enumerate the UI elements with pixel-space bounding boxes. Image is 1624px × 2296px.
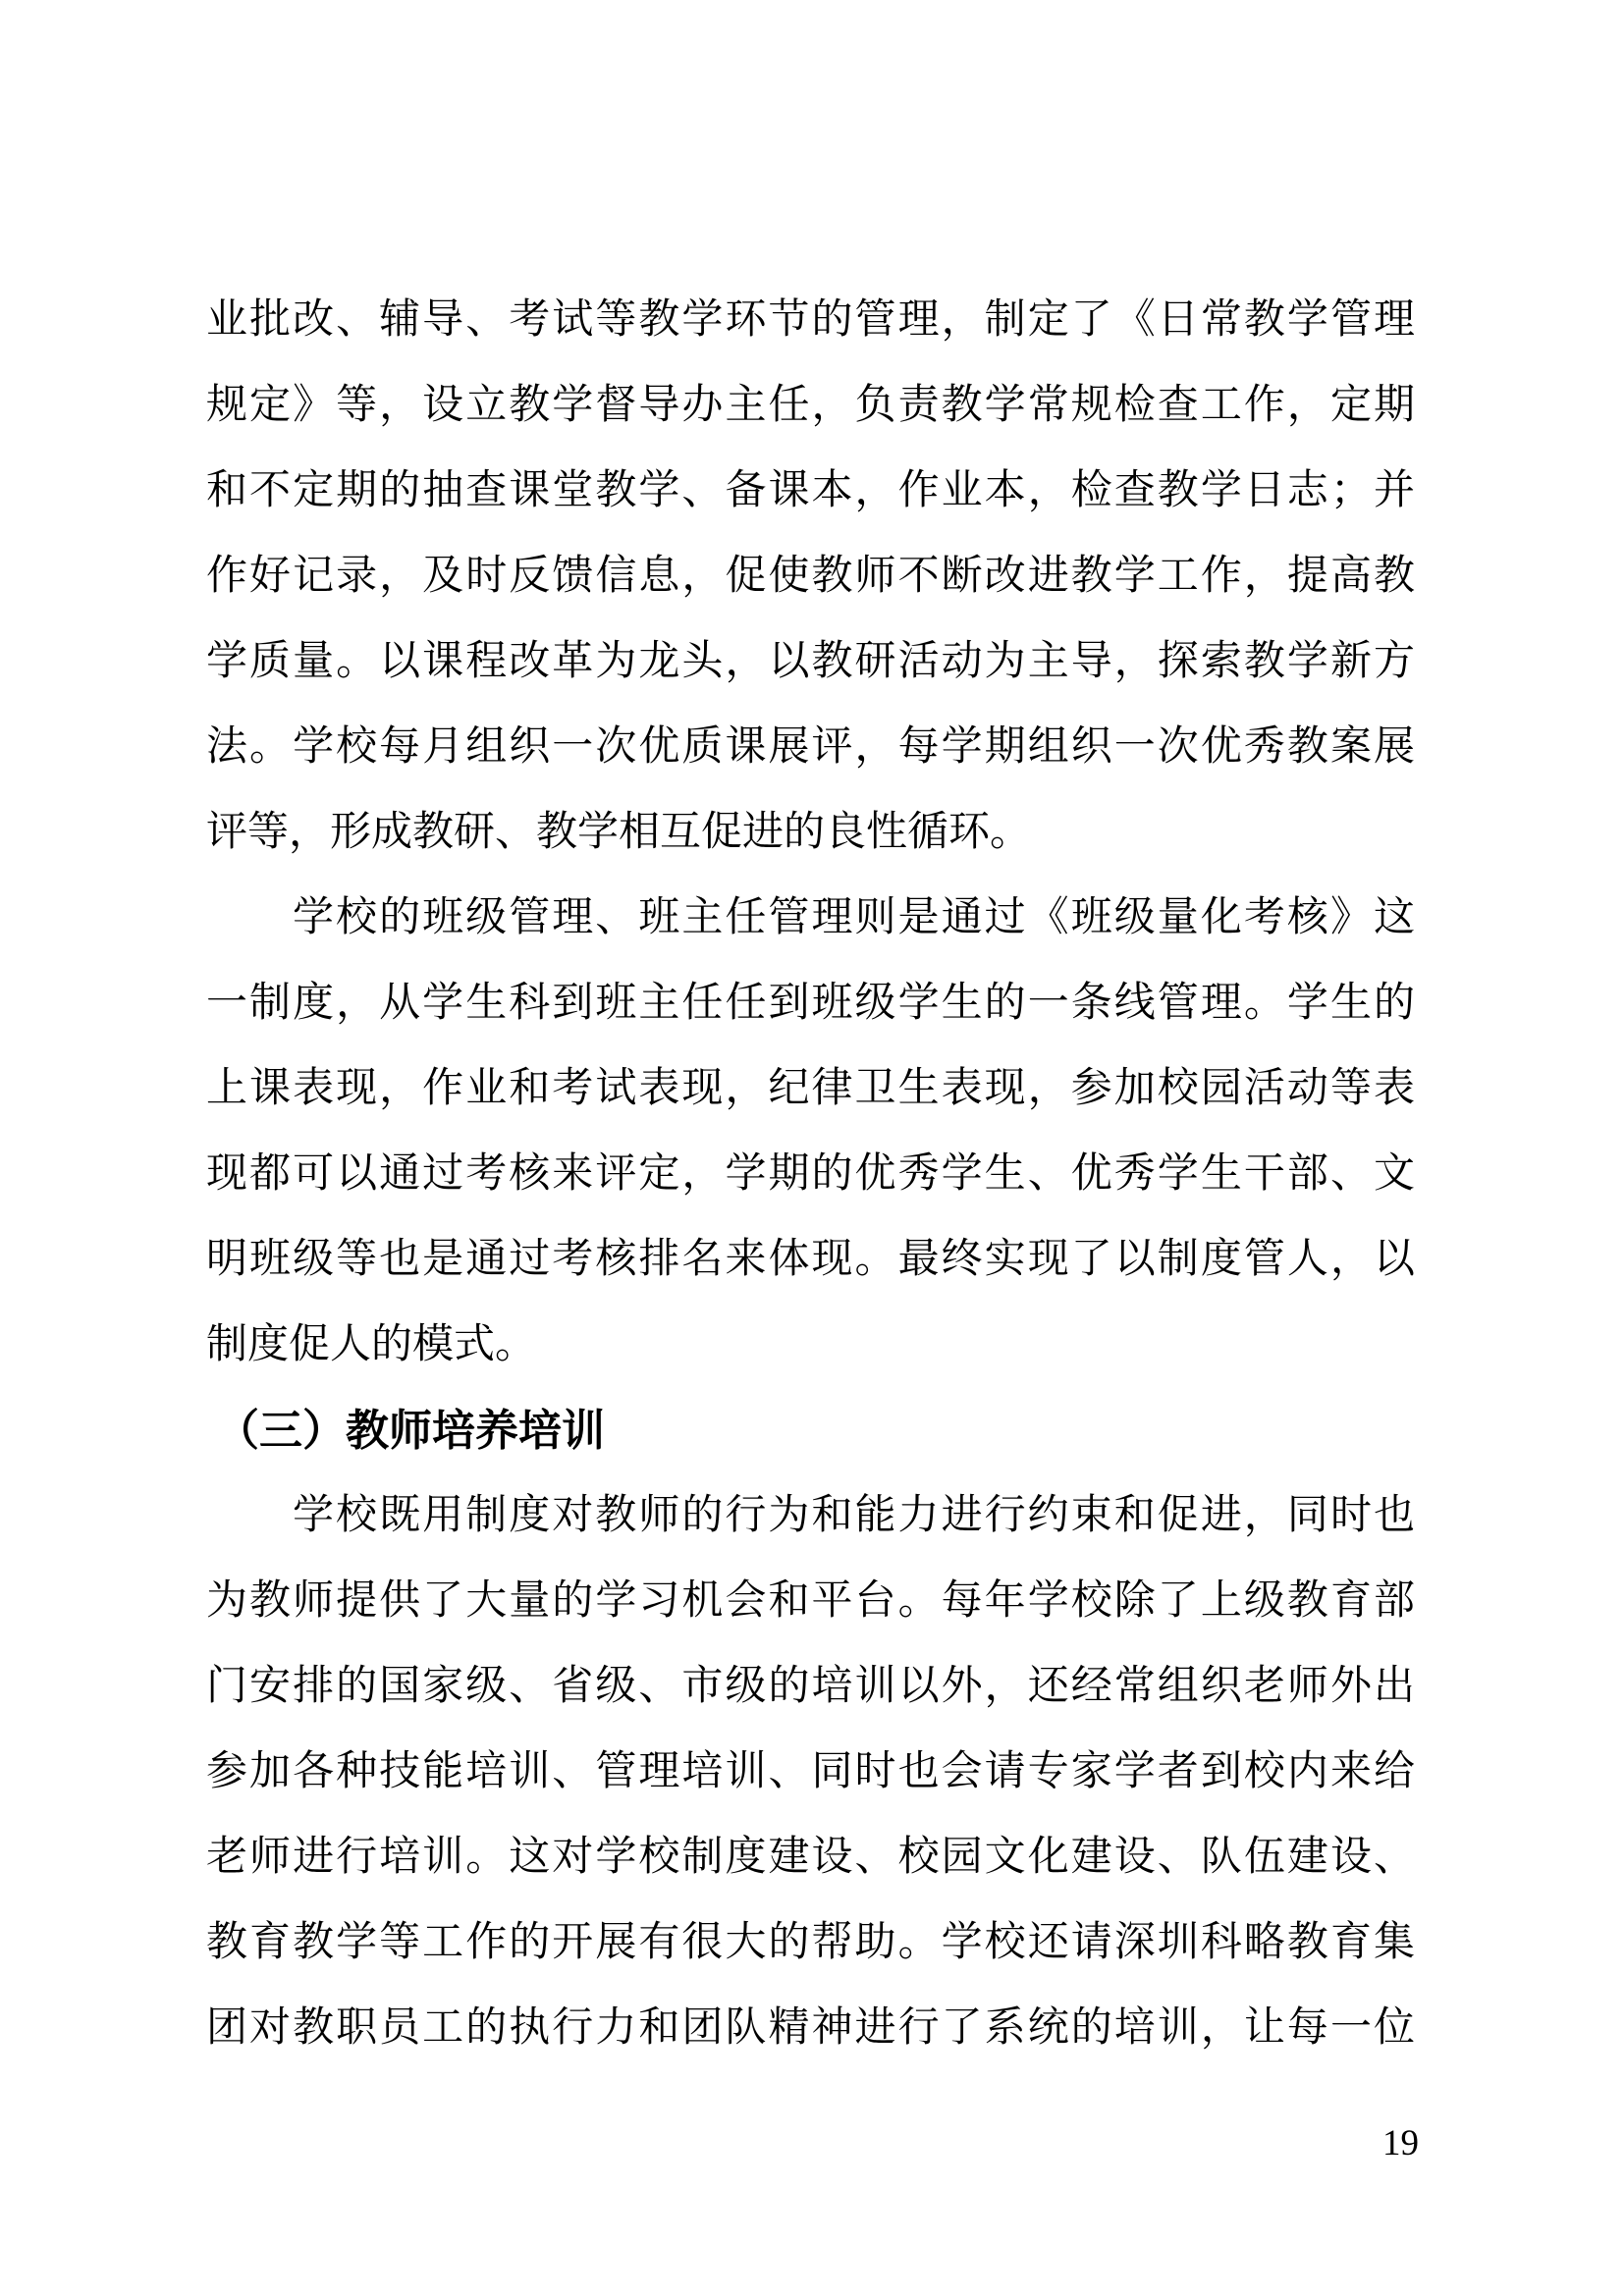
text-line: 老师进行培训。这对学校制度建设、校园文化建设、队伍建设、 [206,1815,1415,1900]
text-line: 和不定期的抽查课堂教学、备课本，作业本，检查教学日志；并 [206,449,1415,534]
text-line: 评等，形成教研、教学相互促进的良性循环。 [206,790,1415,876]
text-line: 规定》等，设立教学督导办主任，负责教学常规检查工作，定期 [206,363,1415,449]
text-line: 为教师提供了大量的学习机会和平台。每年学校除了上级教育部 [206,1559,1415,1644]
text-line: 作好记录，及时反馈信息，促使教师不断改进教学工作，提高教 [206,534,1415,619]
paragraph: 学校的班级管理、班主任管理则是通过《班级量化考核》这 一制度，从学生科到班主任任… [206,876,1415,1388]
text-line: 业批改、辅导、考试等教学环节的管理，制定了《日常教学管理 [206,278,1415,363]
text-line: 一制度，从学生科到班主任任到班级学生的一条线管理。学生的 [206,961,1415,1046]
document-page: 业批改、辅导、考试等教学环节的管理，制定了《日常教学管理 规定》等，设立教学督导… [0,0,1624,2296]
text-line: 团对教职员工的执行力和团队精神进行了系统的培训，让每一位 [206,1986,1415,2071]
page-number: 19 [1382,2122,1419,2165]
text-line: 参加各种技能培训、管理培训、同时也会请专家学者到校内来给 [206,1730,1415,1815]
text-line: 教育教学等工作的开展有很大的帮助。学校还请深圳科略教育集 [206,1900,1415,1986]
text-line: 学质量。以课程改革为龙头，以教研活动为主导，探索教学新方 [206,619,1415,705]
text-line: 现都可以通过考核来评定，学期的优秀学生、优秀学生干部、文 [206,1132,1415,1217]
text-line: 制度促人的模式。 [206,1303,1415,1388]
text-line: 门安排的国家级、省级、市级的培训以外，还经常组织老师外出 [206,1644,1415,1730]
paragraph: 学校既用制度对教师的行为和能力进行约束和促进，同时也 为教师提供了大量的学习机会… [206,1473,1415,2071]
text-line: 上课表现，作业和考试表现，纪律卫生表现，参加校园活动等表 [206,1046,1415,1132]
text-line: 明班级等也是通过考核排名来体现。最终实现了以制度管人，以 [206,1217,1415,1303]
section-heading: （三）教师培养培训 [206,1388,1415,1473]
text-line: 法。学校每月组织一次优质课展评，每学期组织一次优秀教案展 [206,705,1415,790]
text-block: 业批改、辅导、考试等教学环节的管理，制定了《日常教学管理 规定》等，设立教学督导… [206,278,1415,2071]
text-line: 学校既用制度对教师的行为和能力进行约束和促进，同时也 [206,1473,1415,1559]
paragraph: 业批改、辅导、考试等教学环节的管理，制定了《日常教学管理 规定》等，设立教学督导… [206,278,1415,876]
text-line: 学校的班级管理、班主任管理则是通过《班级量化考核》这 [206,876,1415,961]
